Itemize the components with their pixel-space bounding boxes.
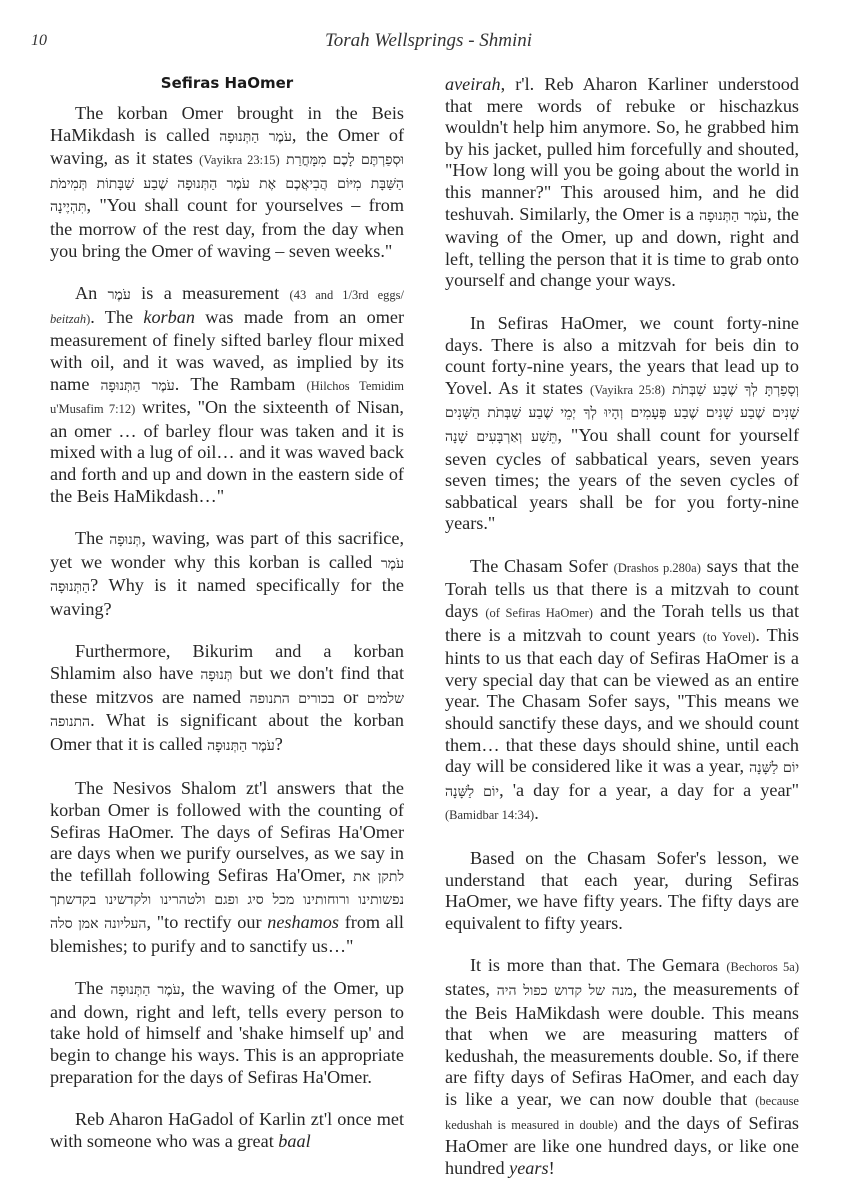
body-text: . <box>534 803 539 823</box>
source-citation: (Bechoros 5a) <box>726 960 799 974</box>
paragraph: In Sefiras HaOmer, we count forty-nine d… <box>445 313 799 535</box>
hebrew-text: בכורים התנופה <box>250 691 335 707</box>
body-text: The Nesivos Shalom zt'l answers that the… <box>50 778 404 884</box>
body-text: , "You shall count for yourselves – from… <box>50 195 404 260</box>
body-text: The <box>75 528 109 548</box>
body-text: , "to rectify our <box>146 912 267 932</box>
hebrew-text: עֹמֶר הַתְּנוּפָה <box>219 129 292 145</box>
hebrew-text: עֹמֶר הַתְּנוּפָה <box>699 208 767 224</box>
source-citation: (Vayikra 25:8) <box>590 383 665 397</box>
paragraph: The korban Omer brought in the Beis HaMi… <box>50 103 404 262</box>
paragraph-continued: aveirah, r'l. Reb Aharon Karliner unders… <box>445 74 799 292</box>
source-citation: (Vayikra 23:15) <box>199 153 280 167</box>
paragraph: The עֹמֶר הַתְּנוּפָה, the waving of the… <box>50 978 404 1088</box>
body-text: or <box>335 687 367 707</box>
body-text: An <box>75 283 108 303</box>
body-text: Reb Aharon HaGadol of Karlin zt'l once m… <box>50 1109 404 1151</box>
running-header: 10 Torah Wellsprings - Shmini <box>0 30 849 56</box>
section-heading: Sefiras HaOmer <box>50 72 404 94</box>
italic-term: baal <box>278 1131 310 1151</box>
paragraph: Reb Aharon HaGadol of Karlin zt'l once m… <box>50 1109 404 1152</box>
body-text: . This hints to us that each day of Sefi… <box>445 625 799 777</box>
body-text: ? <box>275 734 283 754</box>
paragraph: An עֹמֶר is a measurement (43 and 1/3rd … <box>50 283 404 507</box>
body-text: is a measurement <box>131 283 290 303</box>
body-text: , 'a day for a year, a day for a year" <box>499 780 799 800</box>
body-text: The Chasam Sofer <box>470 556 614 576</box>
citation-text: (43 and 1/3rd eggs/ <box>290 288 404 302</box>
source-citation: (to Yovel) <box>703 630 756 644</box>
body-text: , r'l. Reb Aharon Karliner understood th… <box>445 74 799 224</box>
body-text: ? Why is it named specifically for the w… <box>50 575 404 619</box>
hebrew-text: עֹמֶר הַתְּנוּפָה <box>101 378 175 394</box>
italic-term: neshamos <box>267 912 339 932</box>
italic-term: korban <box>143 307 195 327</box>
hebrew-text: עֹמֶר <box>108 287 131 303</box>
body-text: ! <box>549 1158 555 1178</box>
source-citation: (Drashos p.280a) <box>614 561 701 575</box>
paragraph: The תְּנוּפָה, waving, was part of this … <box>50 528 404 620</box>
hebrew-text: תְּנוּפָה <box>109 532 141 548</box>
paragraph: The Chasam Sofer (Drashos p.280a) says t… <box>445 556 799 827</box>
hebrew-text: עֹמֶר הַתְּנוּפָה <box>207 738 275 754</box>
paragraph: Furthermore, Bikurim and a korban Shlami… <box>50 641 404 757</box>
body-text: It is more than that. The Gemara <box>470 955 726 975</box>
paragraph: Based on the Chasam Sofer's lesson, we u… <box>445 848 799 934</box>
hebrew-text: עֹמֶר הַתְּנוּפָה <box>110 982 180 998</box>
hebrew-text: מנה של קדוש כפול היה <box>497 983 633 999</box>
italic-term: aveirah <box>445 74 501 94</box>
body-text: The <box>75 978 110 998</box>
body-text: Based on the Chasam Sofer's lesson, we u… <box>445 848 799 933</box>
paragraph: It is more than that. The Gemara (Bechor… <box>445 955 799 1179</box>
body-text: . The <box>90 307 143 327</box>
source-citation: (Bamidbar 14:34) <box>445 808 534 822</box>
body-text: states, <box>445 979 497 999</box>
italic-term: years <box>509 1158 548 1178</box>
book-title: Torah Wellsprings - Shmini <box>0 30 849 52</box>
source-citation: (of Sefiras HaOmer) <box>485 606 593 620</box>
citation-italic: beitzah <box>50 312 86 326</box>
paragraph: The Nesivos Shalom zt'l answers that the… <box>50 778 404 957</box>
hebrew-text: תְּנוּפָה <box>200 667 232 683</box>
right-column: aveirah, r'l. Reb Aharon Karliner unders… <box>445 74 799 1200</box>
left-column: Sefiras HaOmer The korban Omer brought i… <box>50 72 404 1173</box>
body-text: . The Rambam <box>175 374 307 394</box>
